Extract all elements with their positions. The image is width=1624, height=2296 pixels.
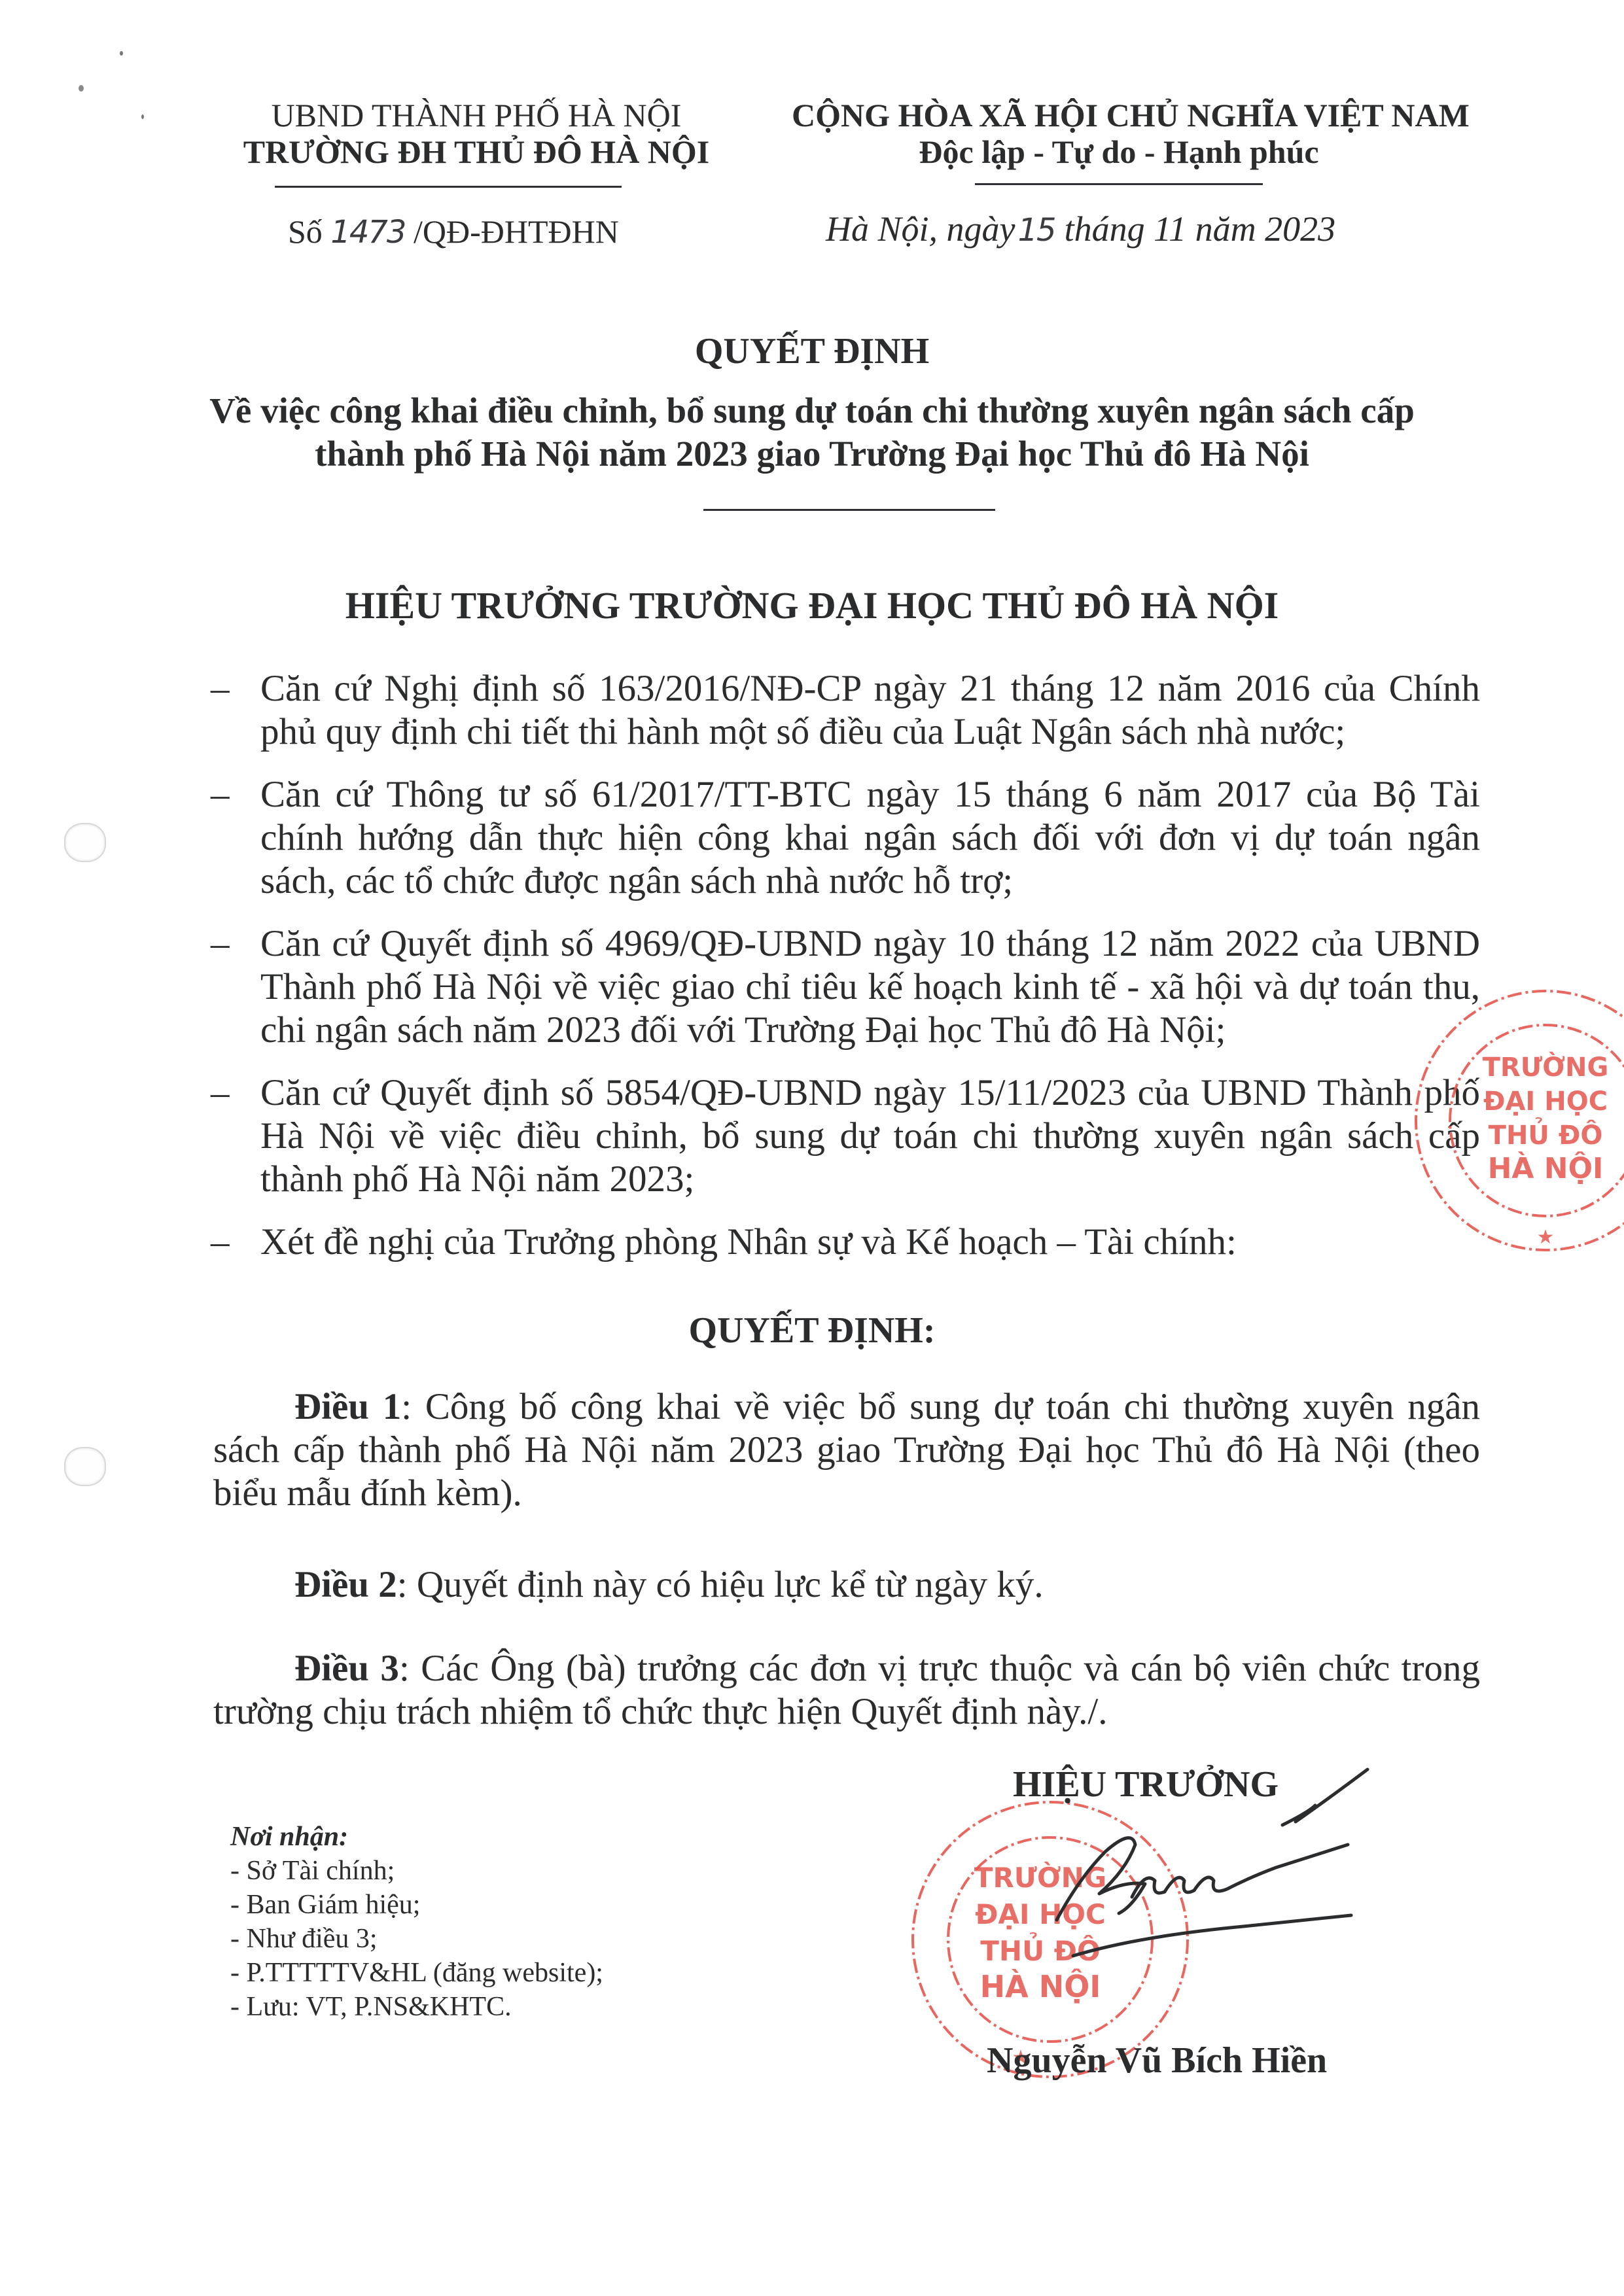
article-label: Điều 3 [294,1648,399,1689]
bullet-dash: – [211,667,237,710]
article-text: : Các Ông (bà) trưởng các đơn vị trực th… [213,1648,1480,1732]
document-title: QUYẾT ĐỊNH [0,330,1624,372]
recipient-item: - Như điều 3; [230,1922,603,1956]
bullet-dash: – [211,773,237,816]
place-date: Hà Nội, ngày15tháng 11 năm 2023 [826,211,1335,249]
recipients-heading: Nơi nhận: [230,1820,603,1854]
article-2: Điều 2: Quyết định này có hiệu lực kể từ… [213,1563,1480,1607]
recipient-item: - Sở Tài chính; [230,1854,603,1888]
title-rule [703,509,995,511]
recipient-item: - Lưu: VT, P.NS&KHTC. [230,1990,603,2024]
basis-item: Căn cứ Quyết định số 5854/QĐ-UBND ngày 1… [260,1071,1480,1201]
scan-speck [141,114,144,119]
number-prefix: Số [288,213,323,250]
article-3: Điều 3: Các Ông (bà) trưởng các đơn vị t… [213,1647,1480,1733]
national-motto: Độc lập - Tự do - Hạnh phúc [792,133,1446,170]
issuing-authority: UBND THÀNH PHỐ HÀ NỘI [215,97,738,133]
article-text: : Công bố công khai về việc bổ sung dự t… [213,1386,1480,1514]
header-left-rule [275,186,622,188]
recipient-item: - P.TTTTTV&HL (đăng website); [230,1956,603,1990]
bullet-dash: – [211,922,237,965]
article-1: Điều 1: Công bố công khai về việc bổ sun… [213,1385,1480,1515]
article-label: Điều 2 [294,1564,397,1605]
decision-heading: QUYẾT ĐỊNH: [0,1310,1624,1351]
punch-hole-bottom [64,1447,106,1486]
basis-item: Căn cứ Quyết định số 4969/QĐ-UBND ngày 1… [260,922,1480,1052]
stamp-line: HÀ NỘI [1488,1151,1604,1185]
recipient-item: - Ban Giám hiệu; [230,1888,603,1922]
document-subtitle: Về việc công khai điều chỉnh, bổ sung dự… [0,389,1624,476]
recipients: Nơi nhận: - Sở Tài chính; - Ban Giám hiệ… [230,1820,603,2024]
margin-seal-stamp: TRƯỜNG ĐẠI HỌC THỦ ĐÔ HÀ NỘI ★ [1407,984,1624,1259]
basis-item: Căn cứ Nghị định số 163/2016/NĐ-CP ngày … [260,667,1480,754]
subtitle-line-1: Về việc công khai điều chỉnh, bổ sung dự… [0,389,1624,432]
date-suffix: tháng 11 năm 2023 [1065,209,1336,249]
subtitle-line-2: thành phố Hà Nội năm 2023 giao Trường Đạ… [0,432,1624,476]
stamp-star-icon: ★ [1537,1226,1555,1249]
basis-item: Căn cứ Thông tư số 61/2017/TT-BTC ngày 1… [260,773,1480,903]
scan-speck [79,85,84,92]
date-prefix: Hà Nội, ngày [826,209,1015,249]
stamp-line: TRƯỜNG [1483,1051,1609,1083]
basis-item: Xét đề nghị của Trưởng phòng Nhân sự và … [260,1221,1480,1264]
authority-heading: HIỆU TRƯỞNG TRƯỜNG ĐẠI HỌC THỦ ĐÔ HÀ NỘI [0,583,1624,627]
article-text: : Quyết định này có hiệu lực kể từ ngày … [397,1564,1044,1605]
issuing-organization: TRƯỜNG ĐH THỦ ĐÔ HÀ NỘI [215,133,738,170]
number-handwritten: 1473 [330,214,405,251]
number-suffix: /QĐ-ĐHTĐHN [414,213,619,250]
stamp-line: ĐẠI HỌC [1483,1087,1608,1117]
article-label: Điều 1 [294,1386,401,1427]
scan-speck [120,51,123,56]
signatory-name: Nguyễn Vũ Bích Hiền [987,2040,1327,2081]
country-name: CỘNG HÒA XÃ HỘI CHỦ NGHĨA VIỆT NAM [792,97,1446,133]
header-right: CỘNG HÒA XÃ HỘI CHỦ NGHĨA VIỆT NAM Độc l… [792,97,1446,170]
handwritten-signature [968,1740,1466,1975]
bullet-dash: – [211,1221,237,1264]
document-number: Số 1473 /QĐ-ĐHTĐHN [288,213,619,251]
bullet-dash: – [211,1071,237,1115]
stamp-line: THỦ ĐÔ [1489,1116,1603,1151]
date-day-handwritten: 15 [1018,212,1055,249]
header-right-rule [975,183,1263,185]
header-left: UBND THÀNH PHỐ HÀ NỘI TRƯỜNG ĐH THỦ ĐÔ H… [215,97,738,170]
punch-hole-top [64,823,106,862]
